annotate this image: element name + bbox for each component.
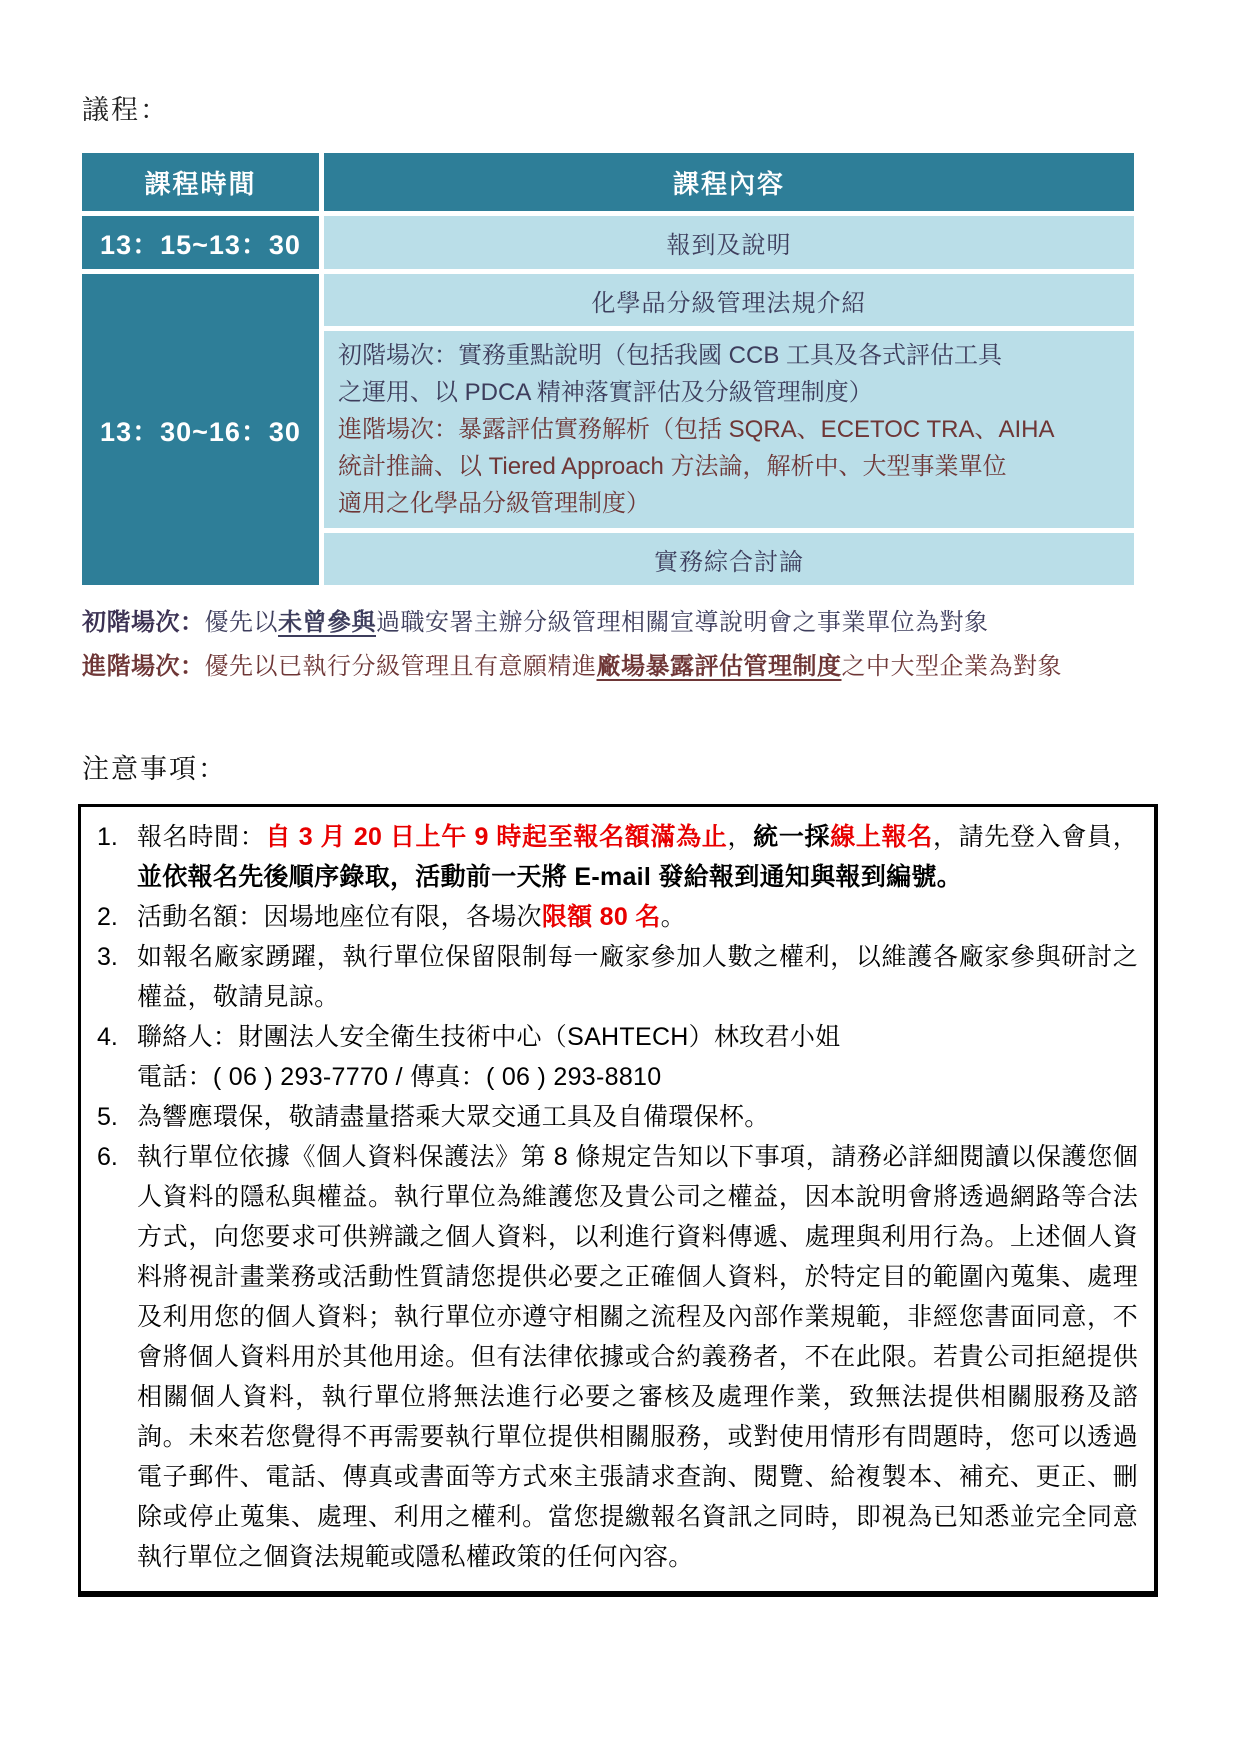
document-content: 議程： 課程時間 課程內容 13：15~13：30 報到及說明 13：30~16…: [0, 0, 1241, 1597]
advanced-session-note: 進階場次：優先以已執行分級管理且有意願精進廠場暴露評估管理制度之中大型企業為對象: [82, 645, 1159, 689]
notice-item-6-number: 6.: [89, 1137, 137, 1577]
notice-item-4: 4. 聯絡人：財團法人安全衛生技術中心（SAHTECH）林玫君小姐 電話：( 0…: [89, 1017, 1138, 1097]
notice-item-4-number: 4.: [89, 1017, 137, 1097]
agenda-table: 課程時間 課程內容 13：15~13：30 報到及說明 13：30~16：30 …: [82, 153, 1134, 585]
notice-item-1: 1. 報名時間：自 3 月 20 日上午 9 時起至報名額滿為止，統一採線上報名…: [89, 817, 1138, 897]
table-row2-sessions: 初階場次：實務重點說明（包括我國 CCB 工具及各式評估工具 之運用、以 PDC…: [324, 331, 1134, 528]
notice-item-5: 5. 為響應環保，敬請盡量搭乘大眾交通工具及自備環保杯。: [89, 1097, 1138, 1137]
table-row2-closing: 實務綜合討論: [324, 533, 1134, 585]
basic-session-note-pre: 優先以: [205, 609, 279, 636]
table-row1-time: 13：15~13：30: [82, 216, 319, 269]
notice-item-3-number: 3.: [89, 937, 137, 1017]
basic-session-description: 初階場次：實務重點說明（包括我國 CCB 工具及各式評估工具 之運用、以 PDC…: [338, 337, 1124, 411]
item2-segment-red: 限額 80 名: [542, 903, 661, 931]
notice-item-4-text: 聯絡人：財團法人安全衛生技術中心（SAHTECH）林玫君小姐 電話：( 06 )…: [137, 1017, 1138, 1097]
advanced-session-note-post: 之中大型企業為對象: [842, 653, 1063, 680]
advanced-session-note-underline: 廠場暴露評估管理制度: [597, 653, 842, 680]
notice-item-2-text: 活動名額：因場地座位有限，各場次限額 80 名。: [137, 897, 1138, 937]
item1-segment-red1: 自 3 月 20 日上午 9 時起至報名額滿為止: [265, 823, 727, 851]
basic-session-note-post: 過職安署主辦分級管理相關宣導說明會之事業單位為對象: [376, 609, 989, 636]
item1-segment-comma: ，: [727, 823, 753, 851]
advanced-session-description: 進階場次：暴露評估實務解析（包括 SQRA、ECETOC TRA、AIHA 統計…: [338, 411, 1124, 522]
notice-item-1-number: 1.: [89, 817, 137, 897]
table-header-content: 課程內容: [324, 153, 1134, 211]
basic-session-note-label: 初階場次：: [82, 609, 205, 636]
item2-segment-period: 。: [661, 903, 686, 931]
table-row2-time: 13：30~16：30: [82, 274, 319, 585]
notice-box: 1. 報名時間：自 3 月 20 日上午 9 時起至報名額滿為止，統一採線上報名…: [78, 804, 1158, 1597]
session-notes: 初階場次：優先以未曾參與過職安署主辦分級管理相關宣導說明會之事業單位為對象 進階…: [82, 601, 1159, 689]
table-row2-intro: 化學品分級管理法規介紹: [324, 274, 1134, 326]
item1-segment-bold1: 統一採: [753, 823, 830, 851]
advanced-session-note-label: 進階場次：: [82, 653, 205, 680]
item1-segment-plain: 報名時間：: [137, 823, 265, 851]
item1-segment-bold2: 並依報名先後順序錄取，活動前一天將 E-mail 發給報到通知與報到編號。: [137, 863, 962, 891]
notice-item-1-text: 報名時間：自 3 月 20 日上午 9 時起至報名額滿為止，統一採線上報名，請先…: [137, 817, 1138, 897]
basic-session-note: 初階場次：優先以未曾參與過職安署主辦分級管理相關宣導說明會之事業單位為對象: [82, 601, 1159, 645]
notice-heading: 注意事項：: [82, 747, 1159, 786]
notice-item-3-text: 如報名廠家踴躍，執行單位保留限制每一廠家參加人數之權利，以維護各廠家參與研討之權…: [137, 937, 1138, 1017]
notice-item-2-number: 2.: [89, 897, 137, 937]
notice-item-2: 2. 活動名額：因場地座位有限，各場次限額 80 名。: [89, 897, 1138, 937]
notice-item-6: 6. 執行單位依據《個人資料保護法》第 8 條規定告知以下事項，請務必詳細閱讀以…: [89, 1137, 1138, 1577]
item1-segment-red2: 線上報名: [830, 823, 933, 851]
notice-item-3: 3. 如報名廠家踴躍，執行單位保留限制每一廠家參加人數之權利，以維護各廠家參與研…: [89, 937, 1138, 1017]
notice-item-6-text: 執行單位依據《個人資料保護法》第 8 條規定告知以下事項，請務必詳細閱讀以保護您…: [137, 1137, 1138, 1577]
advanced-session-note-pre: 優先以已執行分級管理且有意願精進: [205, 653, 597, 680]
notice-item-5-text: 為響應環保，敬請盡量搭乘大眾交通工具及自備環保杯。: [137, 1097, 1138, 1137]
document-page: 議程： 課程時間 課程內容 13：15~13：30 報到及說明 13：30~16…: [0, 0, 1241, 1755]
basic-session-note-underline: 未曾參與: [278, 609, 376, 636]
item1-segment-plain2: ，請先登入會員，: [933, 823, 1138, 851]
item2-segment-plain: 活動名額：因場地座位有限，各場次: [137, 903, 542, 931]
table-header-time: 課程時間: [82, 153, 319, 211]
notice-item-5-number: 5.: [89, 1097, 137, 1137]
agenda-heading: 議程：: [82, 88, 1159, 127]
table-row1-content: 報到及說明: [324, 216, 1134, 269]
